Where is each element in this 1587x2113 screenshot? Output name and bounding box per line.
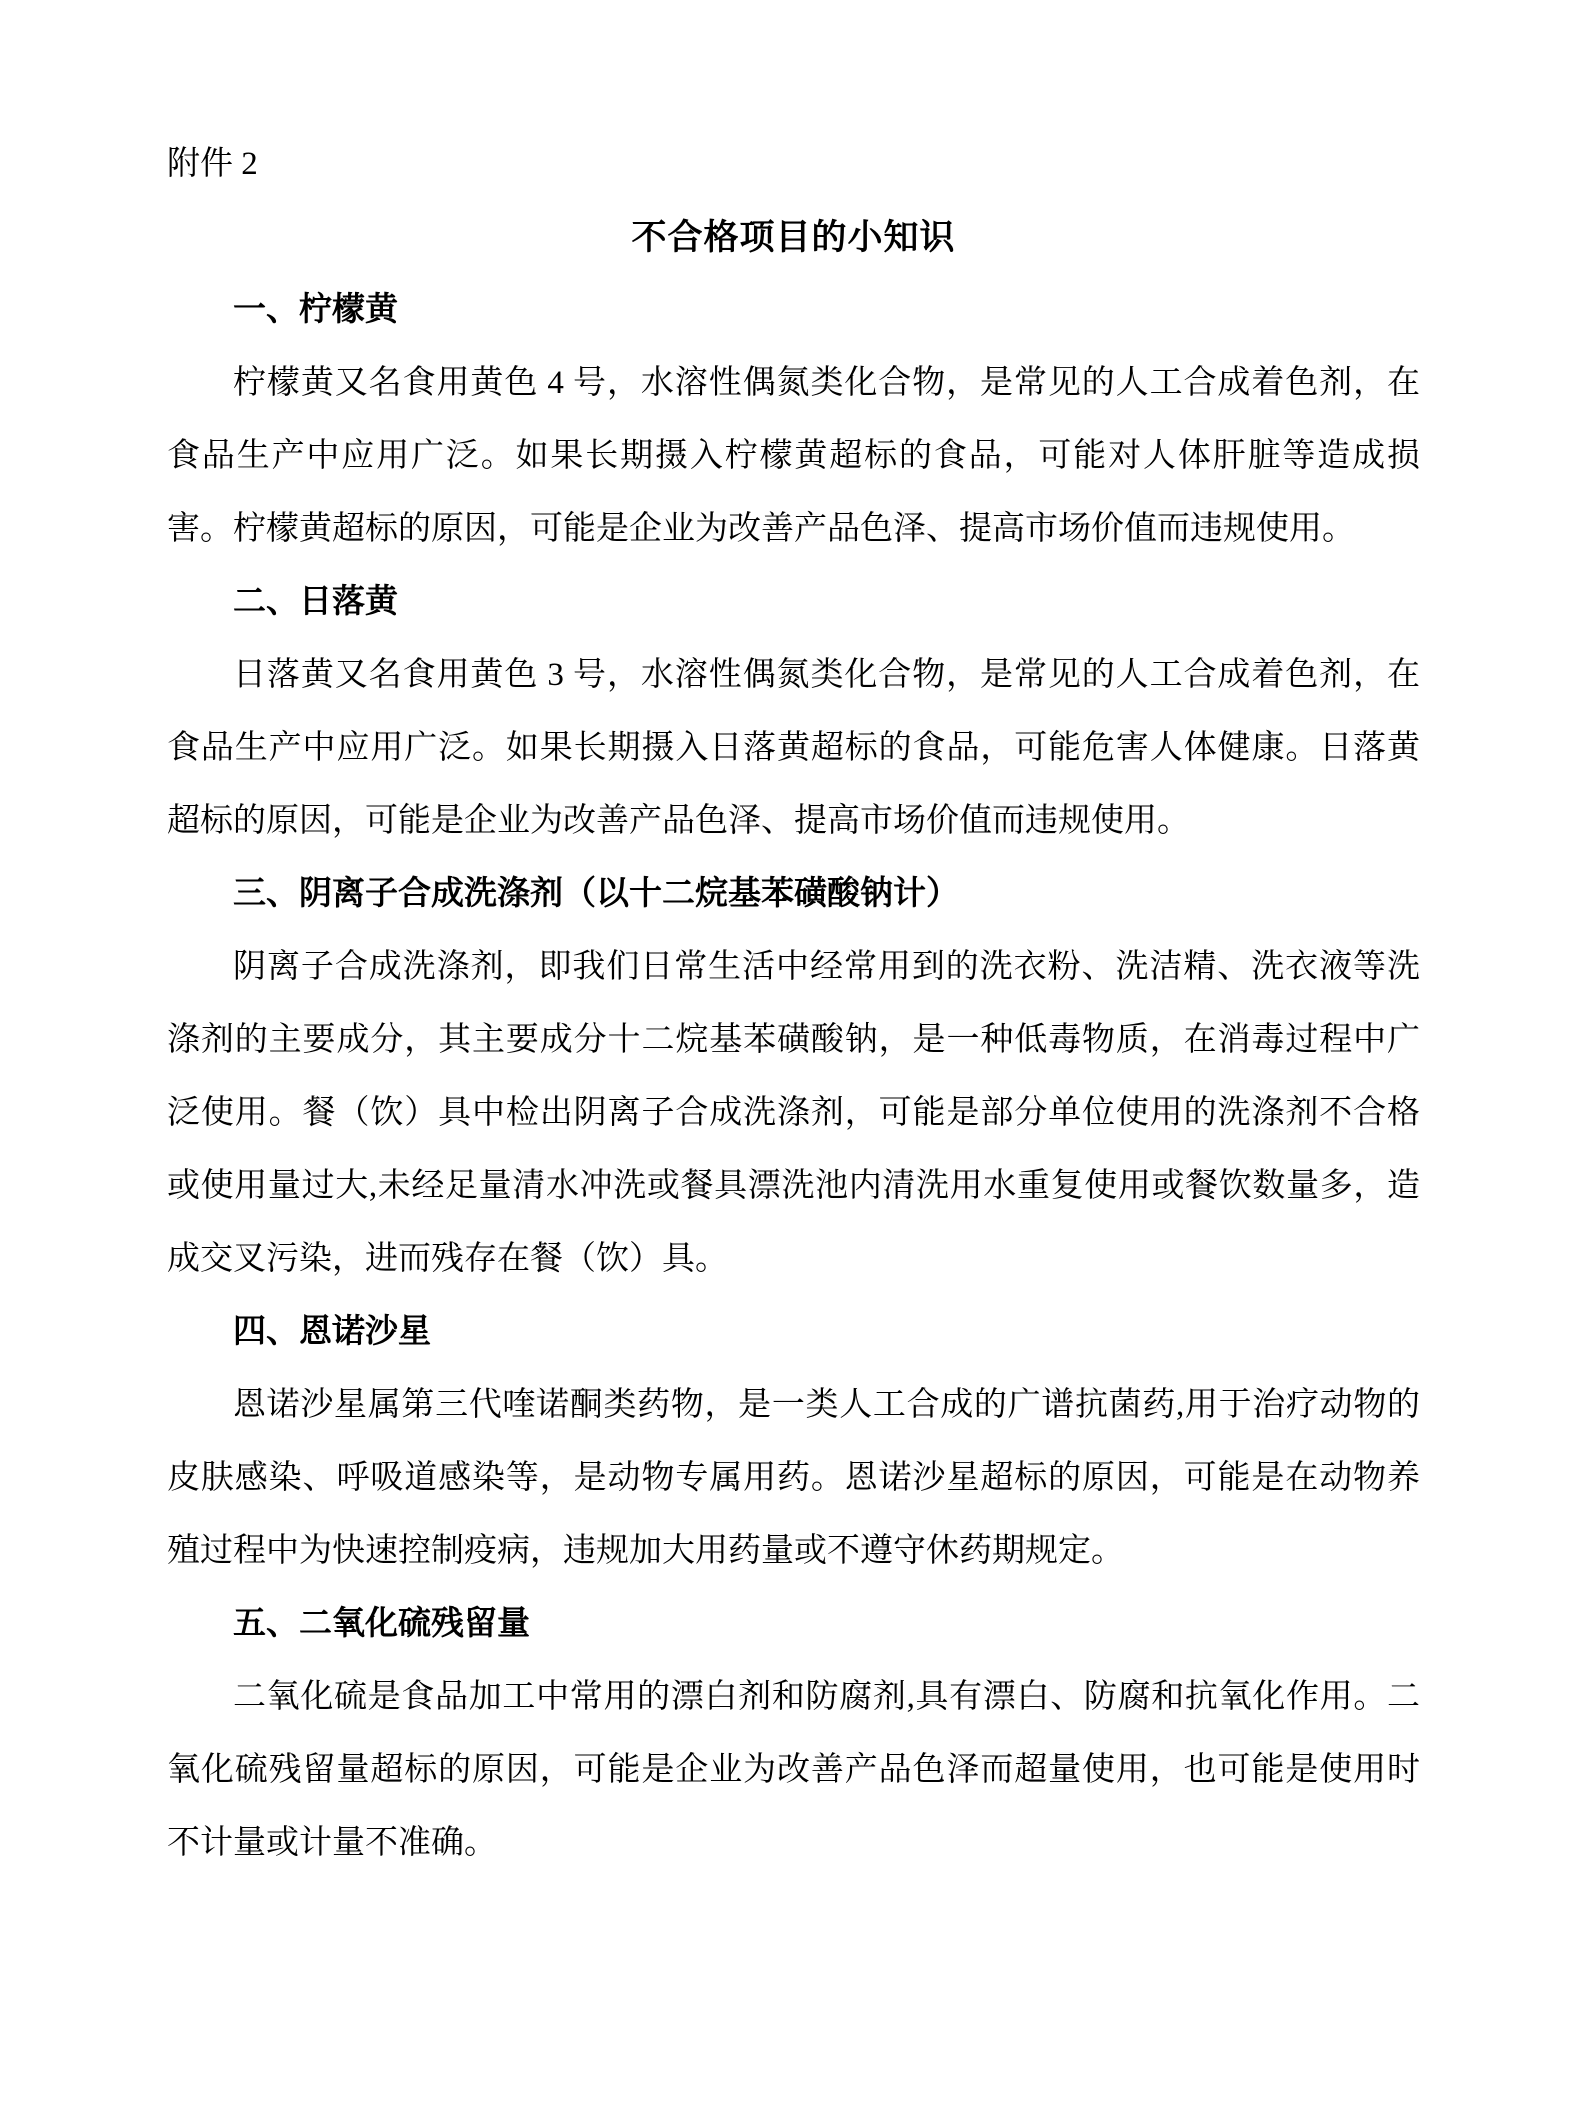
- section-sulfur-dioxide: 五、二氧化硫残留量 二氧化硫是食品加工中常用的漂白剂和防腐剂,具有漂白、防腐和抗…: [167, 1588, 1420, 1880]
- section-heading: 二、日落黄: [167, 566, 1420, 639]
- section-heading: 三、阴离子合成洗涤剂（以十二烷基苯磺酸钠计）: [167, 858, 1420, 931]
- section-paragraph: 恩诺沙星属第三代喹诺酮类药物，是一类人工合成的广谱抗菌药,用于治疗动物的皮肤感染…: [167, 1369, 1420, 1588]
- section-paragraph: 日落黄又名食用黄色 3 号，水溶性偶氮类化合物，是常见的人工合成着色剂，在食品生…: [167, 639, 1420, 858]
- section-heading: 四、恩诺沙星: [167, 1296, 1420, 1369]
- section-heading: 一、柠檬黄: [167, 274, 1420, 347]
- section-enrofloxacin: 四、恩诺沙星 恩诺沙星属第三代喹诺酮类药物，是一类人工合成的广谱抗菌药,用于治疗…: [167, 1296, 1420, 1588]
- section-sunset-yellow: 二、日落黄 日落黄又名食用黄色 3 号，水溶性偶氮类化合物，是常见的人工合成着色…: [167, 566, 1420, 858]
- document-page: 附件 2 不合格项目的小知识 一、柠檬黄 柠檬黄又名食用黄色 4 号，水溶性偶氮…: [0, 0, 1587, 2113]
- section-tartrazine: 一、柠檬黄 柠檬黄又名食用黄色 4 号，水溶性偶氮类化合物，是常见的人工合成着色…: [167, 274, 1420, 566]
- section-heading: 五、二氧化硫残留量: [167, 1588, 1420, 1661]
- page-title: 不合格项目的小知识: [167, 201, 1420, 274]
- section-paragraph: 阴离子合成洗涤剂，即我们日常生活中经常用到的洗衣粉、洗洁精、洗衣液等洗涤剂的主要…: [167, 931, 1420, 1296]
- section-paragraph: 二氧化硫是食品加工中常用的漂白剂和防腐剂,具有漂白、防腐和抗氧化作用。二氧化硫残…: [167, 1661, 1420, 1880]
- section-anionic-detergent: 三、阴离子合成洗涤剂（以十二烷基苯磺酸钠计） 阴离子合成洗涤剂，即我们日常生活中…: [167, 858, 1420, 1296]
- attachment-label: 附件 2: [167, 128, 1420, 201]
- section-paragraph: 柠檬黄又名食用黄色 4 号，水溶性偶氮类化合物，是常见的人工合成着色剂，在食品生…: [167, 347, 1420, 566]
